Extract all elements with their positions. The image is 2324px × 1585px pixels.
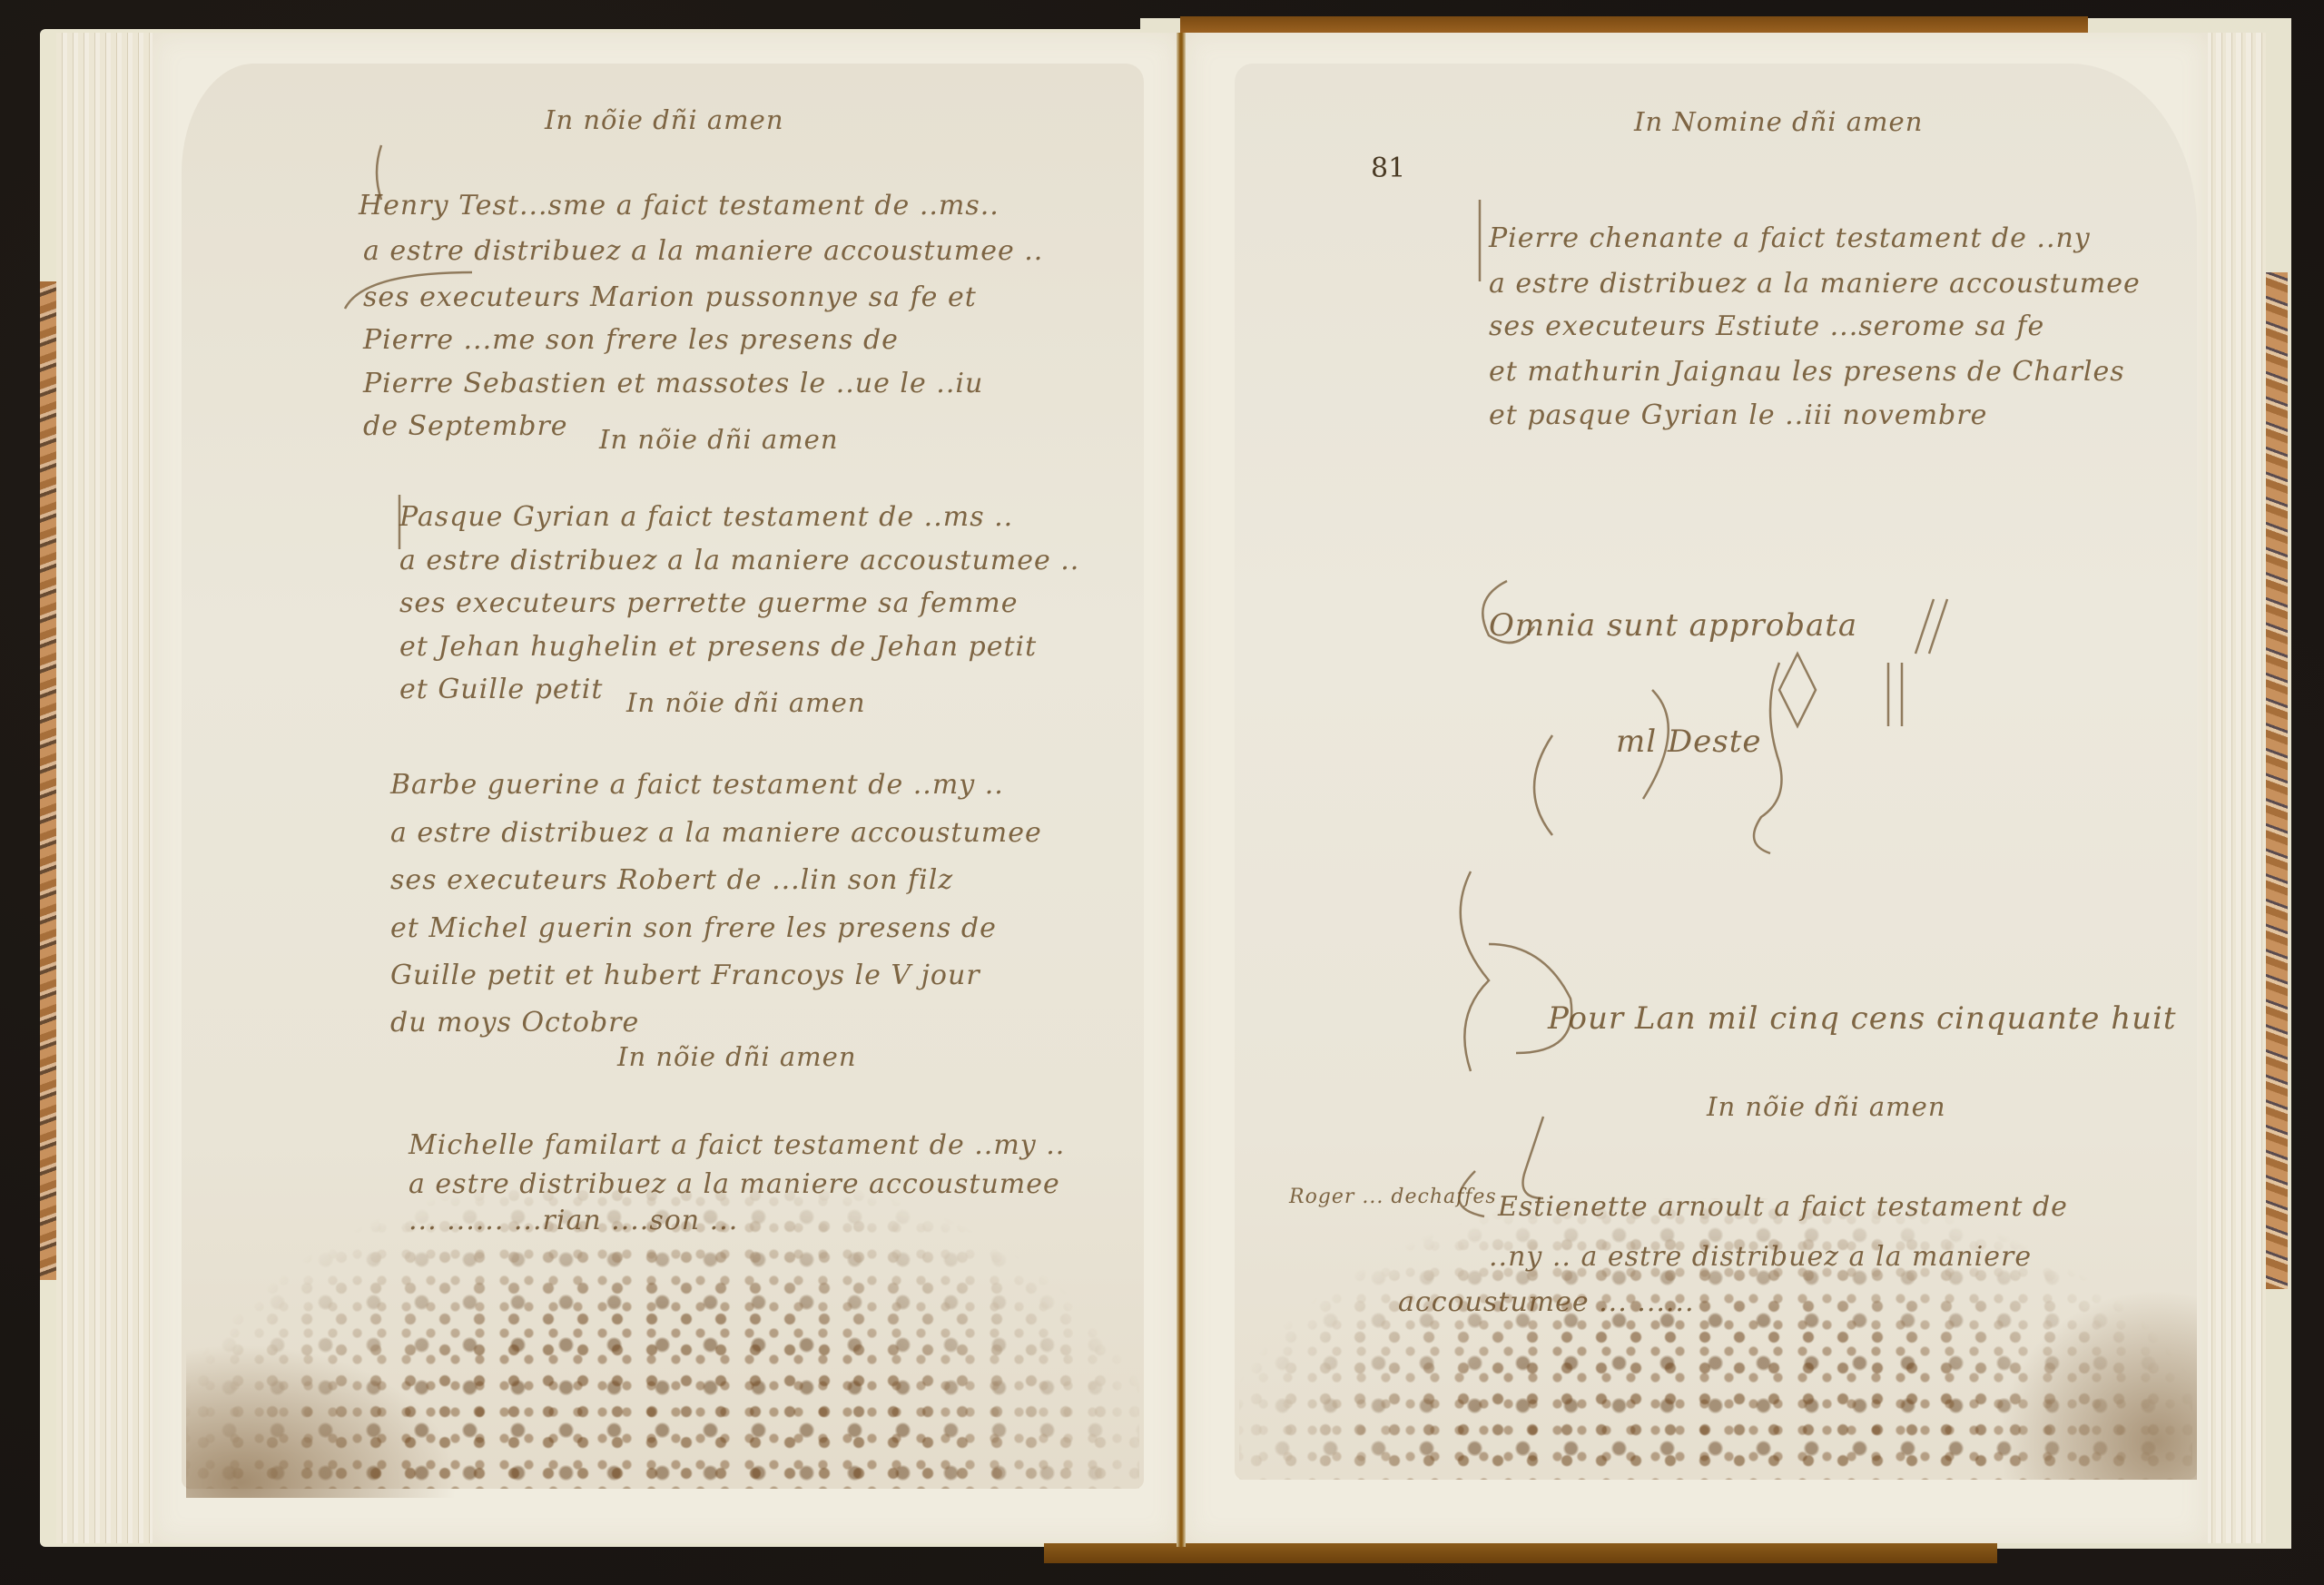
entry-line: ses executeurs Robert de ...lin son filz bbox=[390, 867, 953, 894]
entry-line: ses executeurs Marion pussonnye sa fe et bbox=[363, 284, 977, 311]
entry-line: ses executeurs Estiute ...serome sa fe bbox=[1489, 313, 2044, 340]
entry-heading: In nõie dñi amen bbox=[626, 690, 866, 716]
entry-line: Guille petit et hubert Francoys le V jou… bbox=[390, 962, 980, 989]
entry-line: et pasque Gyrian le ..iii novembre bbox=[1489, 402, 1987, 429]
entry-line: Pierre Sebastien et massotes le ..ue le … bbox=[363, 370, 983, 398]
date-line: Pour Lan mil cinq cens cinquante huit bbox=[1548, 1003, 2177, 1034]
entry-line: Barbe guerine a faict testament de ..my … bbox=[390, 772, 1004, 799]
entry-line: a estre distribuez a la maniere accoustu… bbox=[409, 1171, 1060, 1198]
page-stack-right bbox=[2206, 33, 2266, 1543]
entry-line: du moys Octobre bbox=[390, 1009, 639, 1037]
entry-heading: In nõie dñi amen bbox=[1707, 1094, 1946, 1120]
entry-line: et Jehan hughelin et presens de Jehan pe… bbox=[399, 634, 1037, 661]
entry-line: a estre distribuez a la maniere accoustu… bbox=[363, 238, 1043, 265]
entry-line: et mathurin Jaignau les presens de Charl… bbox=[1489, 359, 2125, 386]
entry-line: ses executeurs perrette guerme sa femme bbox=[399, 590, 1019, 617]
page-stack-left bbox=[56, 33, 156, 1543]
entry-line: a estre distribuez a la maniere accoustu… bbox=[1489, 271, 2141, 298]
entry-line: Pierre ...me son frere les presens de bbox=[363, 327, 899, 354]
approval-line: Omnia sunt approbata bbox=[1489, 610, 1857, 641]
entry-line: a estre distribuez a la maniere accoustu… bbox=[399, 547, 1079, 575]
margin-note: Roger ... dechaffes bbox=[1289, 1187, 1497, 1207]
entry-line: et Michel guerin son frere les presens d… bbox=[390, 915, 997, 942]
entry-line: accoustumee ... ...... bbox=[1398, 1289, 1695, 1316]
entry-line: de Septembre bbox=[363, 413, 568, 440]
entry-heading: In Nomine dñi amen bbox=[1634, 109, 1923, 135]
entry-line: Pasque Gyrian a faict testament de ..ms … bbox=[399, 504, 1013, 531]
entry-line: ... ...... ...rian ....son ... bbox=[409, 1207, 738, 1235]
entry-line: Michelle familart a faict testament de .… bbox=[409, 1132, 1065, 1159]
entry-heading: In nõie dñi amen bbox=[617, 1044, 857, 1070]
entry-line: et Guille petit bbox=[399, 676, 603, 704]
entry-line: a estre distribuez a la maniere accoustu… bbox=[390, 820, 1042, 847]
entry-heading: In nõie dñi amen bbox=[545, 107, 784, 133]
entry-line: Pierre chenante a faict testament de ..n… bbox=[1489, 225, 2091, 252]
entry-heading: In nõie dñi amen bbox=[599, 427, 839, 453]
entry-line: Estienette arnoult a faict testament de bbox=[1498, 1194, 2068, 1221]
signature: ml Deste bbox=[1616, 726, 1762, 757]
book-gutter bbox=[1177, 33, 1186, 1547]
entry-line: ..ny .. a estre distribuez a la maniere bbox=[1489, 1244, 2032, 1271]
spine-bottom-edge bbox=[1044, 1543, 1997, 1563]
entry-line: Henry Test...sme a faict testament de ..… bbox=[359, 192, 1000, 220]
folio-number: 81 bbox=[1371, 153, 1405, 184]
marbled-endpaper-right bbox=[2264, 272, 2288, 1289]
spine-top-edge bbox=[1180, 16, 2088, 33]
